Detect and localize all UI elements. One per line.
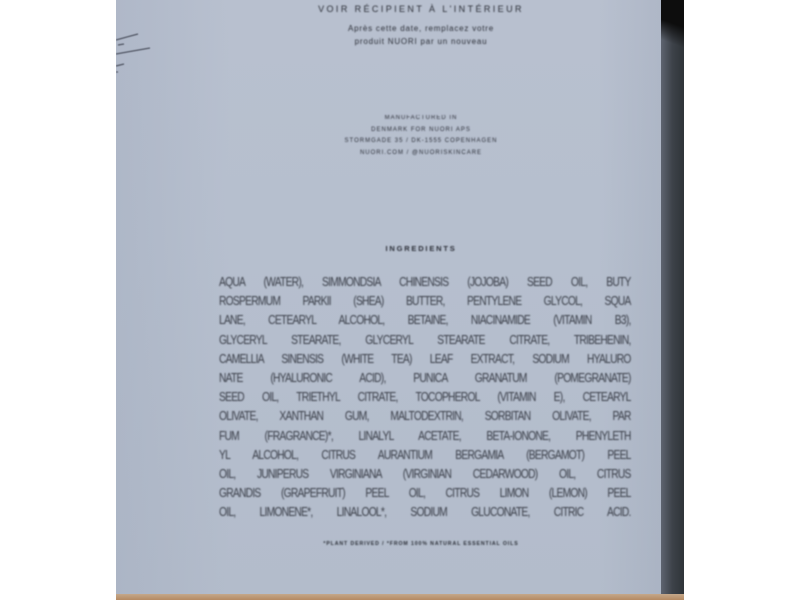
box-corner-shadow <box>661 0 684 60</box>
ingredients-line: OIL, LIMONENE*, LINALOOL*, SODIUM GLUCON… <box>219 503 631 522</box>
ingredients-line: YL ALCOHOL, CITRUS AURANTIUM BERGAMIA (B… <box>219 446 631 465</box>
ingredients-line: NATE (HYALURONIC ACID), PUNICA GRANATUM … <box>219 369 631 388</box>
manufacturer-line: NUORI.COM / @NUORISKINCARE <box>316 148 526 160</box>
ingredients-line: LANE, CETEARYL ALCOHOL, BETAINE, NIACINA… <box>219 311 631 330</box>
ingredients-line: FUM (FRAGRANCE)*, LINALYL ACETATE, BETA-… <box>219 427 631 446</box>
ingredients-line: GLYCERYL STEARATE, GLYCERYL STEARATE CIT… <box>219 331 631 350</box>
ingredients-line: GRANDIS (GRAPEFRUIT) PEEL OIL, CITRUS LI… <box>219 484 631 503</box>
instruction-line: Après cette date, remplacez votre <box>286 24 556 33</box>
ingredients-line: AQUA (WATER), SIMMONDSIA CHINENSIS (JOJO… <box>219 273 631 292</box>
ingredients-line: ROSPERMUM PARKII (SHEA) BUTTER, PENTYLEN… <box>219 292 631 311</box>
manufacturer-info: MANUFACTURED IN DENMARK FOR NUORI ApS ST… <box>316 113 526 159</box>
table-surface <box>116 594 684 600</box>
ingredients-line: CAMELLIA SINENSIS (WHITE TEA) LEAF EXTRA… <box>219 350 631 369</box>
ingredients-footnote: *PLANT DERIVED / *FROM 100% NATURAL ESSE… <box>286 541 556 547</box>
product-box-photo: VOIR RÉCIPIENT À L'INTÉRIEUR Après cette… <box>116 0 684 600</box>
ingredients-line: SEED OIL, TRIETHYL CITRATE, TOCOPHEROL (… <box>219 388 631 407</box>
manufacturer-line: MANUFACTURED IN <box>316 113 526 125</box>
manufacturer-line: DENMARK FOR NUORI ApS <box>316 125 526 137</box>
box-side-shadow <box>661 0 684 600</box>
handwritten-mark <box>116 30 156 75</box>
refill-instructions: VOIR RÉCIPIENT À L'INTÉRIEUR Après cette… <box>286 0 556 46</box>
ingredients-line: OIL, JUNIPERUS VIRGINIANA (VIRGINIAN CED… <box>219 465 631 484</box>
instruction-line: VOIR RÉCIPIENT À L'INTÉRIEUR <box>286 4 556 14</box>
ingredients-line: OLIVATE, XANTHAN GUM, MALTODEXTRIN, SORB… <box>219 407 631 426</box>
ingredients-list: AQUA (WATER), SIMMONDSIA CHINENSIS (JOJO… <box>219 273 631 523</box>
manufacturer-line: STORMGADE 35 / DK-1555 COPENHAGEN <box>316 136 526 148</box>
ingredients-heading: INGREDIENTS <box>316 244 526 253</box>
instruction-line: produit NUORI par un nouveau <box>286 37 556 46</box>
